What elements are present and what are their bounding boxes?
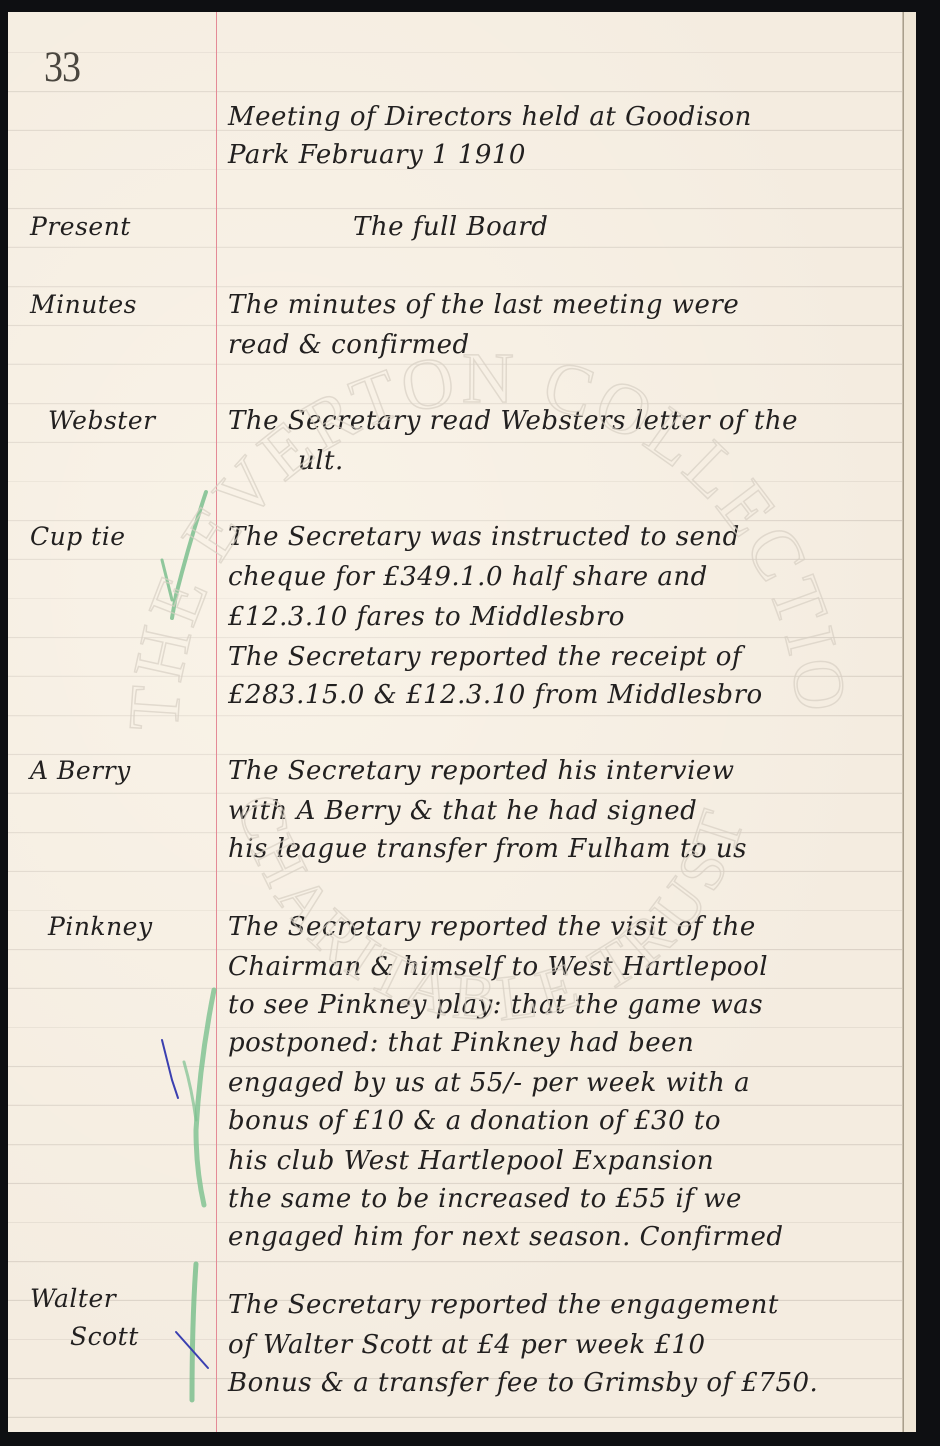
entry-cup-tie-line: The Secretary was instructed to send bbox=[228, 522, 740, 552]
entry-webster-line: The Secretary read Websters letter of th… bbox=[228, 406, 798, 436]
red-margin-rule bbox=[216, 12, 217, 1432]
entry-a-berry-line: with A Berry & that he had signed bbox=[228, 796, 697, 826]
entry-pinkney-line: The Secretary reported the visit of the bbox=[228, 912, 756, 942]
entry-walter-scott-line: Bonus & a transfer fee to Grimsby of £75… bbox=[228, 1368, 818, 1398]
entry-pinkney-line: bonus of £10 & a donation of £30 to bbox=[228, 1106, 721, 1136]
margin-label-present: Present bbox=[30, 212, 131, 241]
meeting-heading-line-1: Meeting of Directors held at Goodison bbox=[228, 102, 752, 132]
margin-label-scott: Scott bbox=[70, 1322, 139, 1351]
entry-pinkney-line: postponed: that Pinkney had been bbox=[228, 1028, 694, 1058]
margin-label-webster: Webster bbox=[48, 406, 156, 435]
entry-pinkney-line: the same to be increased to £55 if we bbox=[228, 1184, 742, 1214]
entry-cup-tie-line: £283.15.0 & £12.3.10 from Middlesbro bbox=[228, 680, 763, 710]
entry-cup-tie-line: cheque for £349.1.0 half share and bbox=[228, 562, 708, 592]
minute-book-page: 33 Meeting of Directors held at Goodison… bbox=[8, 12, 916, 1432]
entry-minutes-line: The minutes of the last meeting were bbox=[228, 290, 739, 320]
entry-cup-tie-line: The Secretary reported the receipt of bbox=[228, 642, 742, 672]
margin-label-cup-tie: Cup tie bbox=[30, 522, 126, 551]
margin-label-pinkney: Pinkney bbox=[48, 912, 153, 941]
entry-present-line: The full Board bbox=[353, 212, 548, 242]
entry-minutes-line: read & confirmed bbox=[228, 330, 470, 360]
entry-pinkney-line: to see Pinkney play: that the game was bbox=[228, 990, 763, 1020]
entry-walter-scott-line: of Walter Scott at £4 per week £10 bbox=[228, 1330, 706, 1360]
entry-pinkney-line: his club West Hartlepool Expansion bbox=[228, 1146, 714, 1176]
entry-a-berry-line: his league transfer from Fulham to us bbox=[228, 834, 747, 864]
meeting-heading-line-2: Park February 1 1910 bbox=[228, 140, 526, 170]
entry-cup-tie-line: £12.3.10 fares to Middlesbro bbox=[228, 602, 625, 632]
margin-label-a-berry: A Berry bbox=[30, 756, 131, 785]
margin-label-minutes: Minutes bbox=[30, 290, 137, 319]
entry-pinkney-line: engaged by us at 55/- per week with a bbox=[228, 1068, 750, 1098]
page-edge bbox=[903, 12, 916, 1432]
entry-webster-line: ult. bbox=[298, 446, 344, 476]
margin-label-walter: Walter bbox=[30, 1284, 116, 1313]
entry-pinkney-line: Chairman & himself to West Hartlepool bbox=[228, 952, 768, 982]
page-number: 33 bbox=[44, 42, 80, 93]
entry-a-berry-line: The Secretary reported his interview bbox=[228, 756, 735, 786]
entry-walter-scott-line: The Secretary reported the engagement bbox=[228, 1290, 779, 1320]
entry-pinkney-line: engaged him for next season. Confirmed bbox=[228, 1222, 784, 1252]
